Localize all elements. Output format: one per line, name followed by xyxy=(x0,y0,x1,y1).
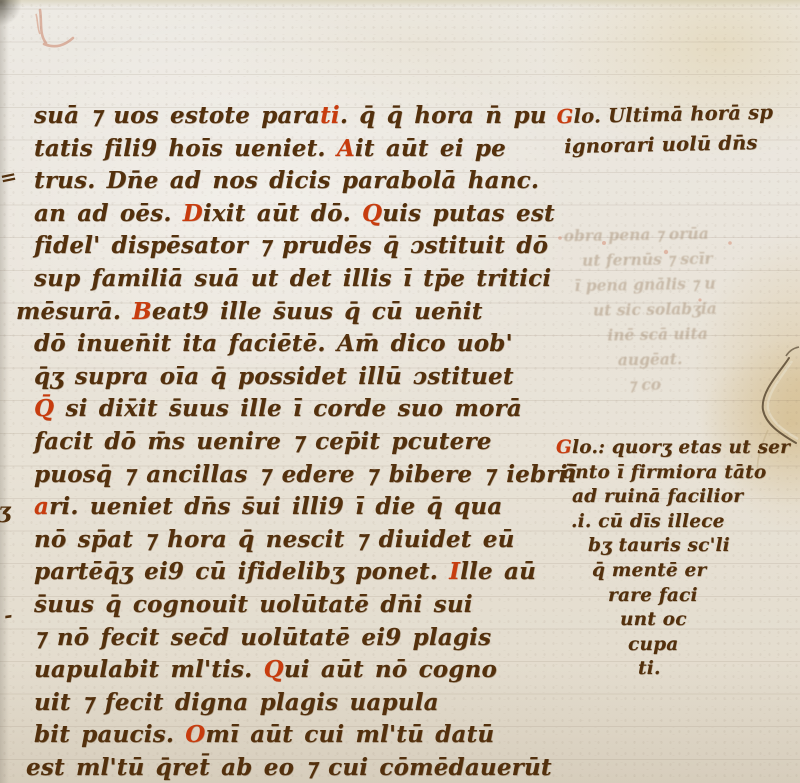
main-text-line: suā ⁊ uos estote parati. q̄ q̄ hora n̄ p… xyxy=(34,102,559,135)
main-text-line: ari. ueniet dn̄s s̄ui illi9 ī die q̄ qua xyxy=(34,493,559,526)
main-text-line: an ad oēs. Dixit aūt dō. Quis putas est xyxy=(34,200,559,233)
main-text-line: nō sp̄at ⁊ hora q̄ nescit ⁊ diuidet eū xyxy=(34,526,559,559)
gloss-top-right: Glo. Ultimā horā spignorari uolū dn̄s xyxy=(556,101,774,166)
ink-text: ti. xyxy=(638,658,661,679)
main-text-line: bit paucis. Omī aūt cui ml'tū datū xyxy=(34,721,559,754)
ink-text: ī pena gnālis ⁊ u xyxy=(574,274,715,295)
ink-text: rare faci xyxy=(608,585,698,606)
margin-mark: = xyxy=(0,164,19,191)
manuscript-page: suā ⁊ uos estote parati. q̄ q̄ hora n̄ p… xyxy=(0,0,800,783)
ink-text: bʒ tauris sc'li xyxy=(588,535,730,556)
rubricated-letter: ti xyxy=(320,102,340,129)
ink-text: ui aūt nō cogno xyxy=(284,656,497,683)
ink-text: trus. Dn̄e ad nos dicis parabolā hanc. xyxy=(34,167,539,194)
gloss-middle-right-faded: obra pena ⁊ orūaut fernūs ⁊ scīrī pena g… xyxy=(563,224,718,402)
rubricated-letter: Q̄ xyxy=(34,395,54,422)
ink-text: .i. cū dīs illece xyxy=(571,511,725,532)
faded-gloss-line: inē scā uita xyxy=(607,324,717,351)
rubricated-letter: a xyxy=(34,493,49,520)
ink-text: uit ⁊ fecit digna plagis uapula xyxy=(34,689,439,716)
ink-text: partēq̄ʒ ei9 cū ifidelibʒ ponet. xyxy=(34,558,449,585)
gloss-line: ti. xyxy=(638,658,790,683)
ink-text: ad ruinā facilior xyxy=(572,486,743,507)
rubricated-letter: A xyxy=(337,135,355,162)
rubricated-letter: Q xyxy=(264,656,284,683)
main-text-line: facit dō m̄s uenire ⁊ cep̄it pcutere xyxy=(34,428,559,461)
rubricated-letter: O xyxy=(185,721,205,748)
gloss-line: ignorari uolū dn̄s xyxy=(564,131,774,165)
red-chalk-mark xyxy=(36,10,73,46)
gloss-line: rare faci xyxy=(608,585,790,610)
ink-text: dō inuen̄it ita faciētē. Am̄ dico uob' xyxy=(34,330,513,357)
ink-text: an ad oēs. xyxy=(34,200,183,227)
rubricated-letter: D xyxy=(183,200,203,227)
gloss-line: unt oc xyxy=(620,609,790,634)
main-text-line: ⁊ nō fecit sec̄d uolūtatē ei9 plagis xyxy=(34,624,559,657)
ink-text: unt oc xyxy=(620,609,687,630)
ink-text: cupa xyxy=(628,634,678,655)
ink-text: it aūt ei pe xyxy=(355,135,506,162)
main-text-line: partēq̄ʒ ei9 cū ifidelibʒ ponet. Ille aū xyxy=(34,558,559,591)
main-text-line: tatis fili9 hoīs ueniet. Ait aūt ei pe xyxy=(34,135,559,168)
main-text-line: fidel' dispēsator ⁊ prudēs q̄ ɔstituit d… xyxy=(34,232,559,265)
faded-gloss-line: augēat. xyxy=(618,349,718,376)
ink-text: ignorari uolū dn̄s xyxy=(564,131,758,158)
ink-text: est ml'tū q̄ret̄ ab eo ⁊ cui cōmēdauerūt xyxy=(26,754,552,781)
main-text-line: dō inuen̄it ita faciētē. Am̄ dico uob' xyxy=(34,330,559,363)
ink-text: q̄ mentē er xyxy=(592,560,706,581)
ink-text: q̄ʒ supra oīa q̄ possidet illū ɔstituet xyxy=(34,363,514,390)
faded-gloss-line: ⁊ co xyxy=(628,374,718,401)
gloss-line: ad ruinā facilior xyxy=(572,486,790,511)
ink-text: ⁊ co xyxy=(628,375,661,395)
gloss-line: .i. cū dīs illece xyxy=(571,511,790,536)
ink-text: nō sp̄at ⁊ hora q̄ nescit ⁊ diuidet eū xyxy=(34,526,515,553)
main-text-line: q̄ʒ supra oīa q̄ possidet illū ɔstituet xyxy=(34,363,559,396)
page-top-edge xyxy=(0,0,800,7)
main-text-line: sup familiā suā ut det illis ī tp̄e trit… xyxy=(34,265,559,298)
faded-gloss-line: ī pena gnālis ⁊ u xyxy=(574,274,716,301)
main-text-line: uit ⁊ fecit digna plagis uapula xyxy=(34,689,559,722)
gloss-line: q̄ mentē er xyxy=(592,560,790,585)
rubricated-letter: G xyxy=(556,437,572,458)
gloss-line: cupa xyxy=(628,634,790,659)
ink-text: lle aū xyxy=(460,558,536,585)
ink-text: uis putas est xyxy=(382,200,555,227)
ink-text: augēat. xyxy=(618,349,683,369)
main-text-line: s̄uus q̄ cognouit uolūtatē dn̄i sui xyxy=(34,591,559,624)
faded-gloss-line: obra pena ⁊ orūa xyxy=(563,224,715,252)
ink-text: inē scā uita xyxy=(607,324,708,345)
margin-mark: ʒ xyxy=(0,498,11,524)
ink-text: . q̄ q̄ hora n̄ pu xyxy=(340,102,547,129)
ink-text: obra pena ⁊ orūa xyxy=(563,224,708,246)
gloss-line: q̄nto ī firmiora tāto xyxy=(562,462,790,487)
main-text-line: puosq̄ ⁊ ancillas ⁊ edere ⁊ bibere ⁊ ieb… xyxy=(34,461,559,494)
main-text-line: uapulabit ml'tis. Qui aūt nō cogno xyxy=(34,656,559,689)
ink-text: fidel' dispēsator ⁊ prudēs q̄ ɔstituit d… xyxy=(34,232,548,259)
ink-text: suā ⁊ uos estote para xyxy=(34,102,320,129)
ink-text: bit paucis. xyxy=(34,721,185,748)
ink-text: lo. Ultimā horā sp xyxy=(573,101,773,128)
main-text-block: suā ⁊ uos estote parati. q̄ q̄ hora n̄ p… xyxy=(34,102,559,783)
rubricated-letter: B xyxy=(132,298,152,325)
ink-text: mēsurā. xyxy=(16,298,132,325)
ink-text: ri. ueniet dn̄s s̄ui illi9 ī die q̄ qua xyxy=(49,493,502,520)
gloss-line: Glo. Ultimā horā sp xyxy=(556,101,773,136)
rubricated-letter: G xyxy=(556,105,573,128)
main-text-line: est ml'tū q̄ret̄ ab eo ⁊ cui cōmēdauerūt xyxy=(26,754,559,783)
ink-text: eat9 ille s̄uus q̄ cū uen̄it xyxy=(152,298,483,325)
ink-text: uapulabit ml'tis. xyxy=(34,656,264,683)
ink-text: sup familiā suā ut det illis ī tp̄e trit… xyxy=(34,265,551,292)
ink-text: tatis fili9 hoīs ueniet. xyxy=(34,135,337,162)
main-text-line: Q̄ si dix̄it s̄uus ille ī corde suo morā xyxy=(34,395,559,428)
faded-gloss-line: ut sic solabʒia xyxy=(593,299,717,326)
rubricated-letter: Q xyxy=(362,200,382,227)
ink-text: ut sic solabʒia xyxy=(593,299,717,320)
ink-text: q̄nto ī firmiora tāto xyxy=(562,462,766,483)
ink-text: puosq̄ ⁊ ancillas ⁊ edere ⁊ bibere ⁊ ieb… xyxy=(34,461,577,488)
ink-text: lo.: quorʒ etas ut ser xyxy=(572,437,790,458)
main-text-line: mēsurā. Beat9 ille s̄uus q̄ cū uen̄it xyxy=(16,298,559,331)
corner-smudge xyxy=(0,0,22,26)
ink-text: mī aūt cui ml'tū datū xyxy=(206,721,495,748)
gloss-lower-right: Glo.: quorʒ etas ut serq̄nto ī firmiora … xyxy=(556,437,790,683)
gloss-line: Glo.: quorʒ etas ut ser xyxy=(556,437,790,462)
rubricated-letter: I xyxy=(449,558,460,585)
ink-text: si dix̄it s̄uus ille ī corde suo morā xyxy=(54,395,522,422)
gloss-line: bʒ tauris sc'li xyxy=(588,535,790,560)
ink-text: ut fernūs ⁊ scīr xyxy=(582,249,713,270)
ink-text: facit dō m̄s uenire ⁊ cep̄it pcutere xyxy=(34,428,492,455)
faded-gloss-line: ut fernūs ⁊ scīr xyxy=(582,249,716,276)
main-text-line: trus. Dn̄e ad nos dicis parabolā hanc. xyxy=(34,167,559,200)
ink-text: ⁊ nō fecit sec̄d uolūtatē ei9 plagis xyxy=(34,624,491,651)
ink-text: s̄uus q̄ cognouit uolūtatē dn̄i sui xyxy=(34,591,473,618)
ink-text: ixit aūt dō. xyxy=(203,200,362,227)
